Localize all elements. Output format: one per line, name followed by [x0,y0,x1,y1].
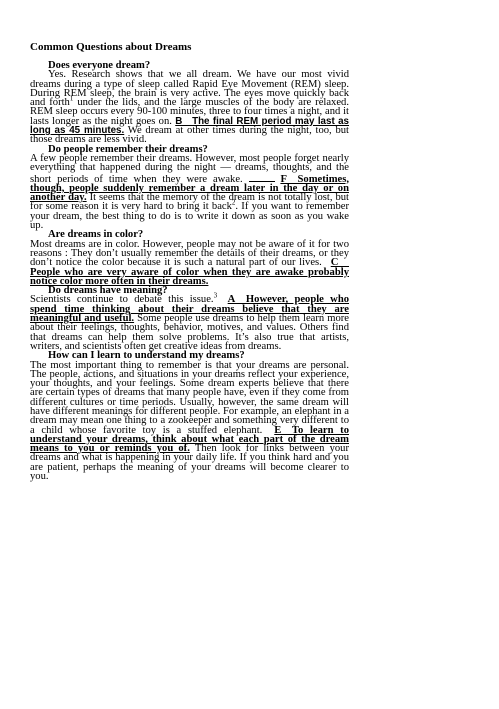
paragraph: Yes. Research shows that we all dream. W… [30,70,349,144]
paragraph: Scientists continue to debate this issue… [30,295,349,351]
text-run: Most dreams are in color. However, peopl… [30,239,349,269]
document-title: Common Questions about Dreams [30,42,349,52]
paragraph: Most dreams are in color. However, peopl… [30,240,349,286]
paragraph: The most important thing to remember is … [30,361,349,482]
paragraph: A few people remember their dreams. Howe… [30,154,349,230]
document-page: Common Questions about Dreams Does every… [0,0,499,709]
answer-blank [249,173,275,182]
document-body: Common Questions about Dreams Does every… [30,42,349,481]
sections-container: Does everyone dream?Yes. Research shows … [30,61,349,481]
